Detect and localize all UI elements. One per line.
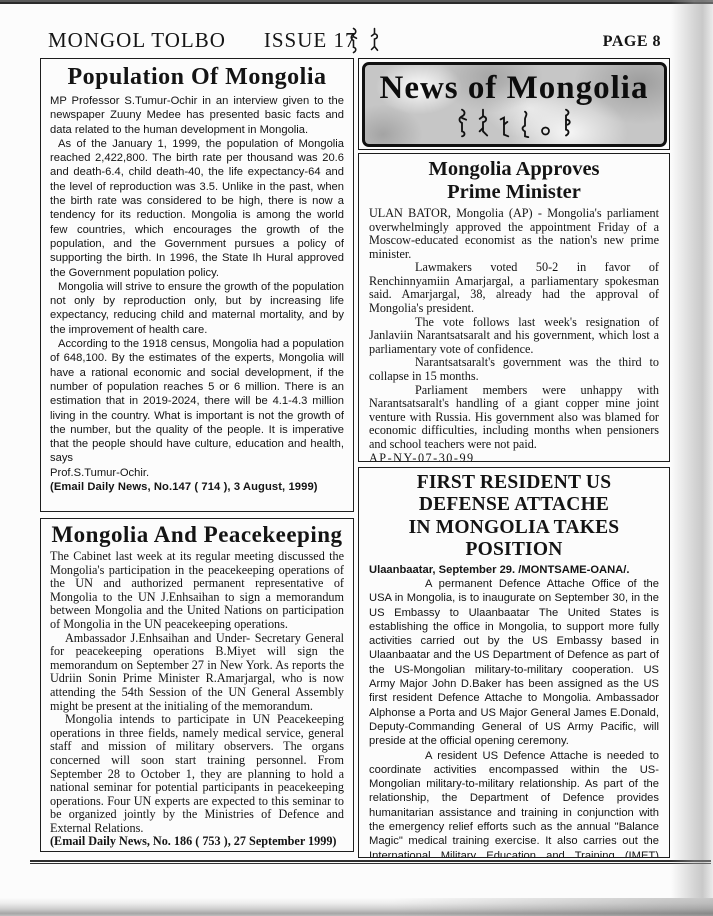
mongolian-script-icon: [348, 27, 359, 54]
mongolian-script-icon: [540, 124, 551, 138]
paragraph: Mongolia will strive to ensure the growt…: [50, 280, 344, 337]
mongolian-script-icon: [519, 110, 531, 138]
header-mongolian-script: [348, 27, 380, 54]
paragraph: According to the 1918 census, Mongolia h…: [50, 337, 344, 466]
ap-tagline: AP-NY-07-30-99: [369, 452, 659, 462]
title-line: Mongolia Approves: [428, 158, 599, 180]
signature-line: Prof.S.Tumur-Ochir.: [50, 466, 344, 480]
title-line: Prime Minister: [447, 181, 581, 203]
mongolian-script-icon: [477, 108, 489, 138]
paragraph: Narantsatsaralt's government was the thi…: [369, 356, 659, 383]
article-title: FIRST RESIDENT US DEFENSE ATTACHE IN MON…: [369, 472, 659, 562]
banner-title: News of Mongolia: [380, 72, 649, 105]
credit-line: (Email Daily News, No.147 ( 714 ), 3 Aug…: [50, 480, 344, 494]
dateline: Ulaanbaatar, September 29. /MONTSAME-OAN…: [369, 563, 659, 577]
paragraph: A permanent Defence Attache Office of th…: [369, 577, 659, 749]
article-peacekeeping: Mongolia And Peacekeeping The Cabinet la…: [40, 518, 354, 852]
mongolian-script-icon: [456, 108, 468, 138]
page-edge-shadow: [671, 0, 713, 916]
paragraph: The vote follows last week's resignation…: [369, 316, 659, 357]
paragraph: MP Professor S.Tumur-Ochir in an intervi…: [50, 94, 344, 137]
masthead-title: MONGOL TOLBO: [48, 28, 226, 52]
article-attache: FIRST RESIDENT US DEFENSE ATTACHE IN MON…: [358, 467, 670, 858]
credit-line: (Email Daily News, No. 186 ( 753 ), 27 S…: [50, 835, 344, 849]
article-prime-minister: Mongolia Approves Prime Minister ULAN BA…: [358, 153, 670, 462]
mongolian-script-icon: [498, 116, 510, 138]
news-banner: News of Mongolia: [358, 58, 670, 150]
news-banner-inner: News of Mongolia: [362, 62, 667, 147]
banner-mongolian-script: [456, 106, 572, 138]
article-title: Mongolia And Peacekeeping: [50, 522, 344, 548]
paragraph: The Cabinet last week at its regular mee…: [50, 550, 344, 632]
bottom-scan-bar: [0, 898, 713, 916]
article-population: Population Of Mongolia MP Professor S.Tu…: [40, 58, 354, 512]
issue-number: ISSUE 17: [264, 28, 357, 52]
header-rule: [0, 2, 713, 4]
newspaper-page: MONGOL TOLBOISSUE 17 PAGE 8 Population O…: [0, 0, 713, 916]
paragraph: Lawmakers voted 50-2 in favor of Renchin…: [369, 261, 659, 315]
paragraph: ULAN BATOR, Mongolia (AP) - Mongolia's p…: [369, 207, 659, 261]
mongolian-script-icon: [369, 27, 380, 54]
page-number: PAGE 8: [603, 33, 661, 51]
title-line: FIRST RESIDENT US DEFENSE ATTACHE: [417, 472, 612, 515]
title-line: IN MONGOLIA TAKES POSITION: [409, 517, 620, 560]
paragraph: As of the January 1, 1999, the populatio…: [50, 137, 344, 280]
article-title: Mongolia Approves Prime Minister: [369, 158, 659, 204]
paragraph: Mongolia intends to participate in UN Pe…: [50, 713, 344, 835]
article-title: Population Of Mongolia: [50, 64, 344, 91]
mongolian-script-icon: [560, 108, 572, 138]
paragraph: Ambassador J.Enhsaihan and Under- Secret…: [50, 632, 344, 714]
paragraph: Parliament members were unhappy with Nar…: [369, 384, 659, 452]
footer-rule: [30, 860, 711, 864]
paragraph: A resident US Defence Attache is needed …: [369, 749, 659, 858]
masthead: MONGOL TOLBOISSUE 17: [48, 28, 356, 53]
